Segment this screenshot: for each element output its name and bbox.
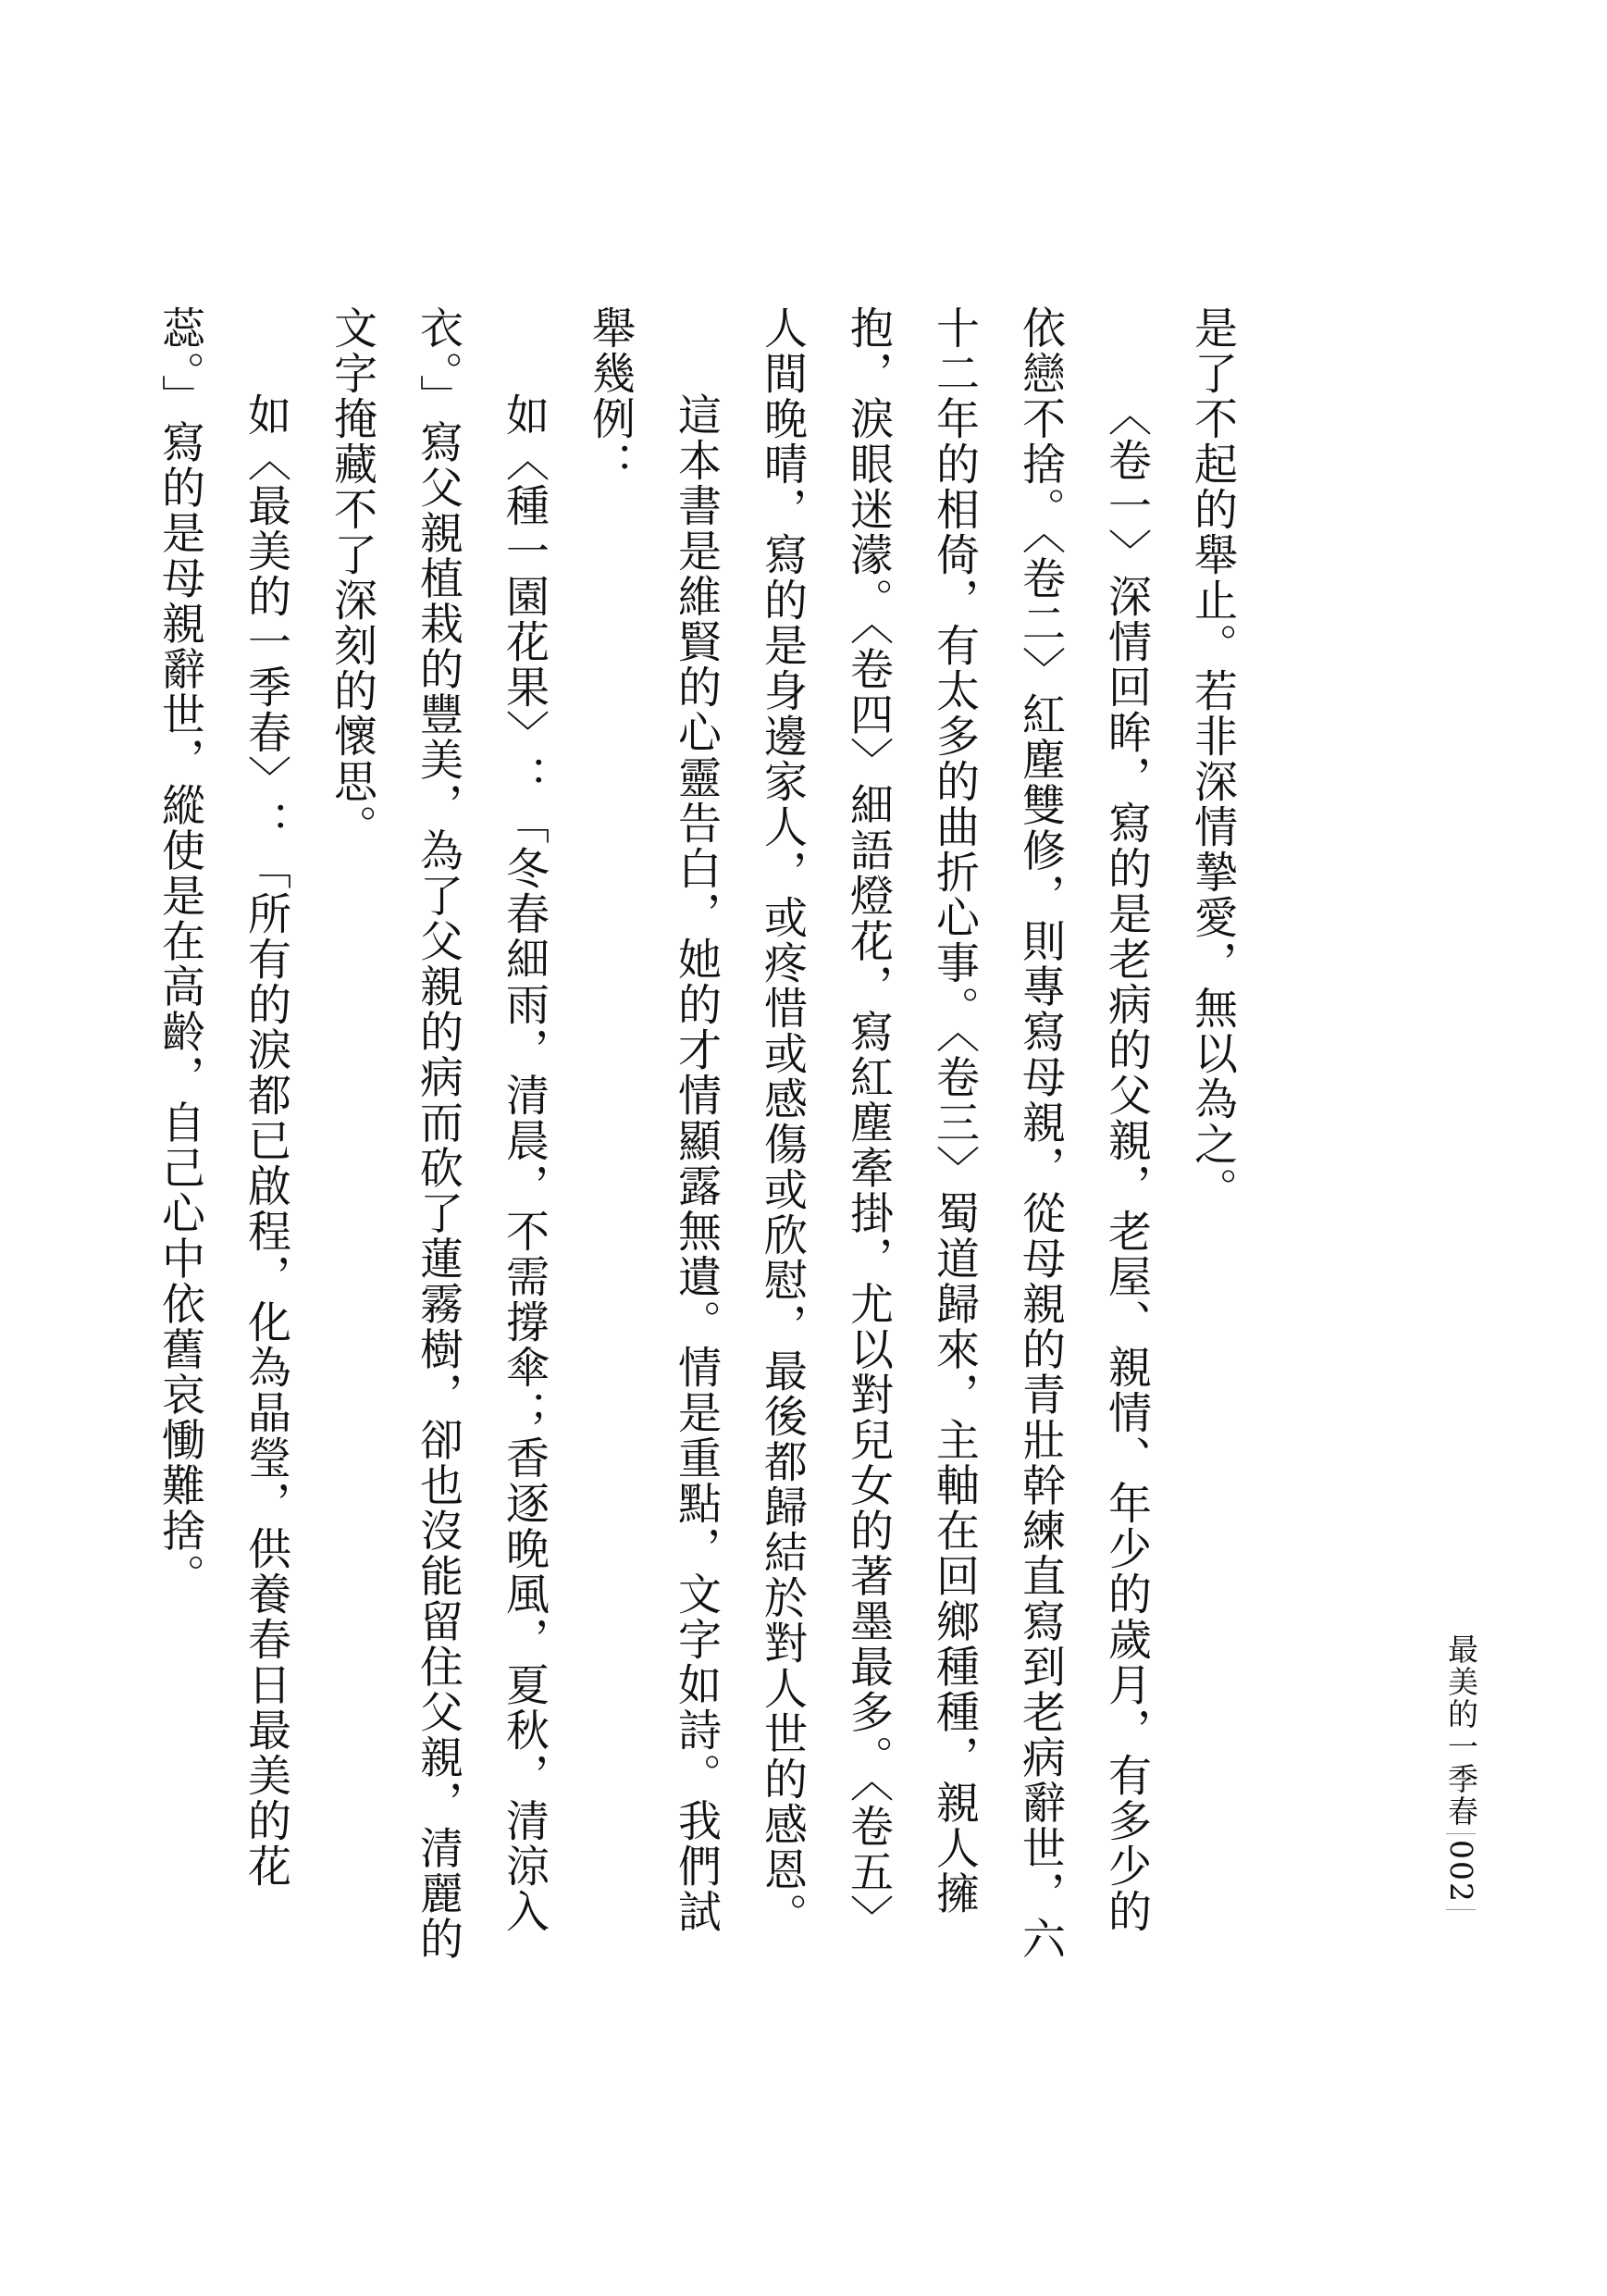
paragraph-example-spring: 如〈最美的一季春〉：「所有的淚都已啟程，化為晶瑩，供養春日最美的花蕊。」寫的是母… — [137, 305, 309, 1971]
book-page: 是了不起的舉止。若非深情摯愛，無以為之。 〈卷一〉深情回眸，寫的是老病的父親，老… — [0, 0, 1607, 2296]
page-number: 002 — [1443, 1840, 1479, 1904]
paragraph-heart-confession: 這本書是維賢的心靈告白，她的才情顯露無遺。情是重點，文字如詩。我們試舉幾例： — [567, 305, 739, 1971]
paragraph-example-garden: 如〈種一園花果〉：「冬春細雨，清晨，不需撐傘；香逐晚風，夏秋，清涼入衣。」寫父親… — [309, 305, 567, 1971]
paragraph-volume-summary: 〈卷一〉深情回眸，寫的是老病的父親，老屋、親情、年少的歲月，有多少的依戀不捨。〈… — [739, 305, 1169, 1971]
divider — [1446, 1833, 1476, 1834]
paragraph-continuation: 是了不起的舉止。若非深情摯愛，無以為之。 — [1169, 305, 1255, 1971]
running-head: 最美的一季春002 — [1442, 1633, 1479, 1916]
book-title: 最美的一季春 — [1443, 1633, 1479, 1828]
divider — [1446, 1909, 1476, 1910]
body-text: 是了不起的舉止。若非深情摯愛，無以為之。 〈卷一〉深情回眸，寫的是老病的父親，老… — [137, 305, 1255, 1971]
